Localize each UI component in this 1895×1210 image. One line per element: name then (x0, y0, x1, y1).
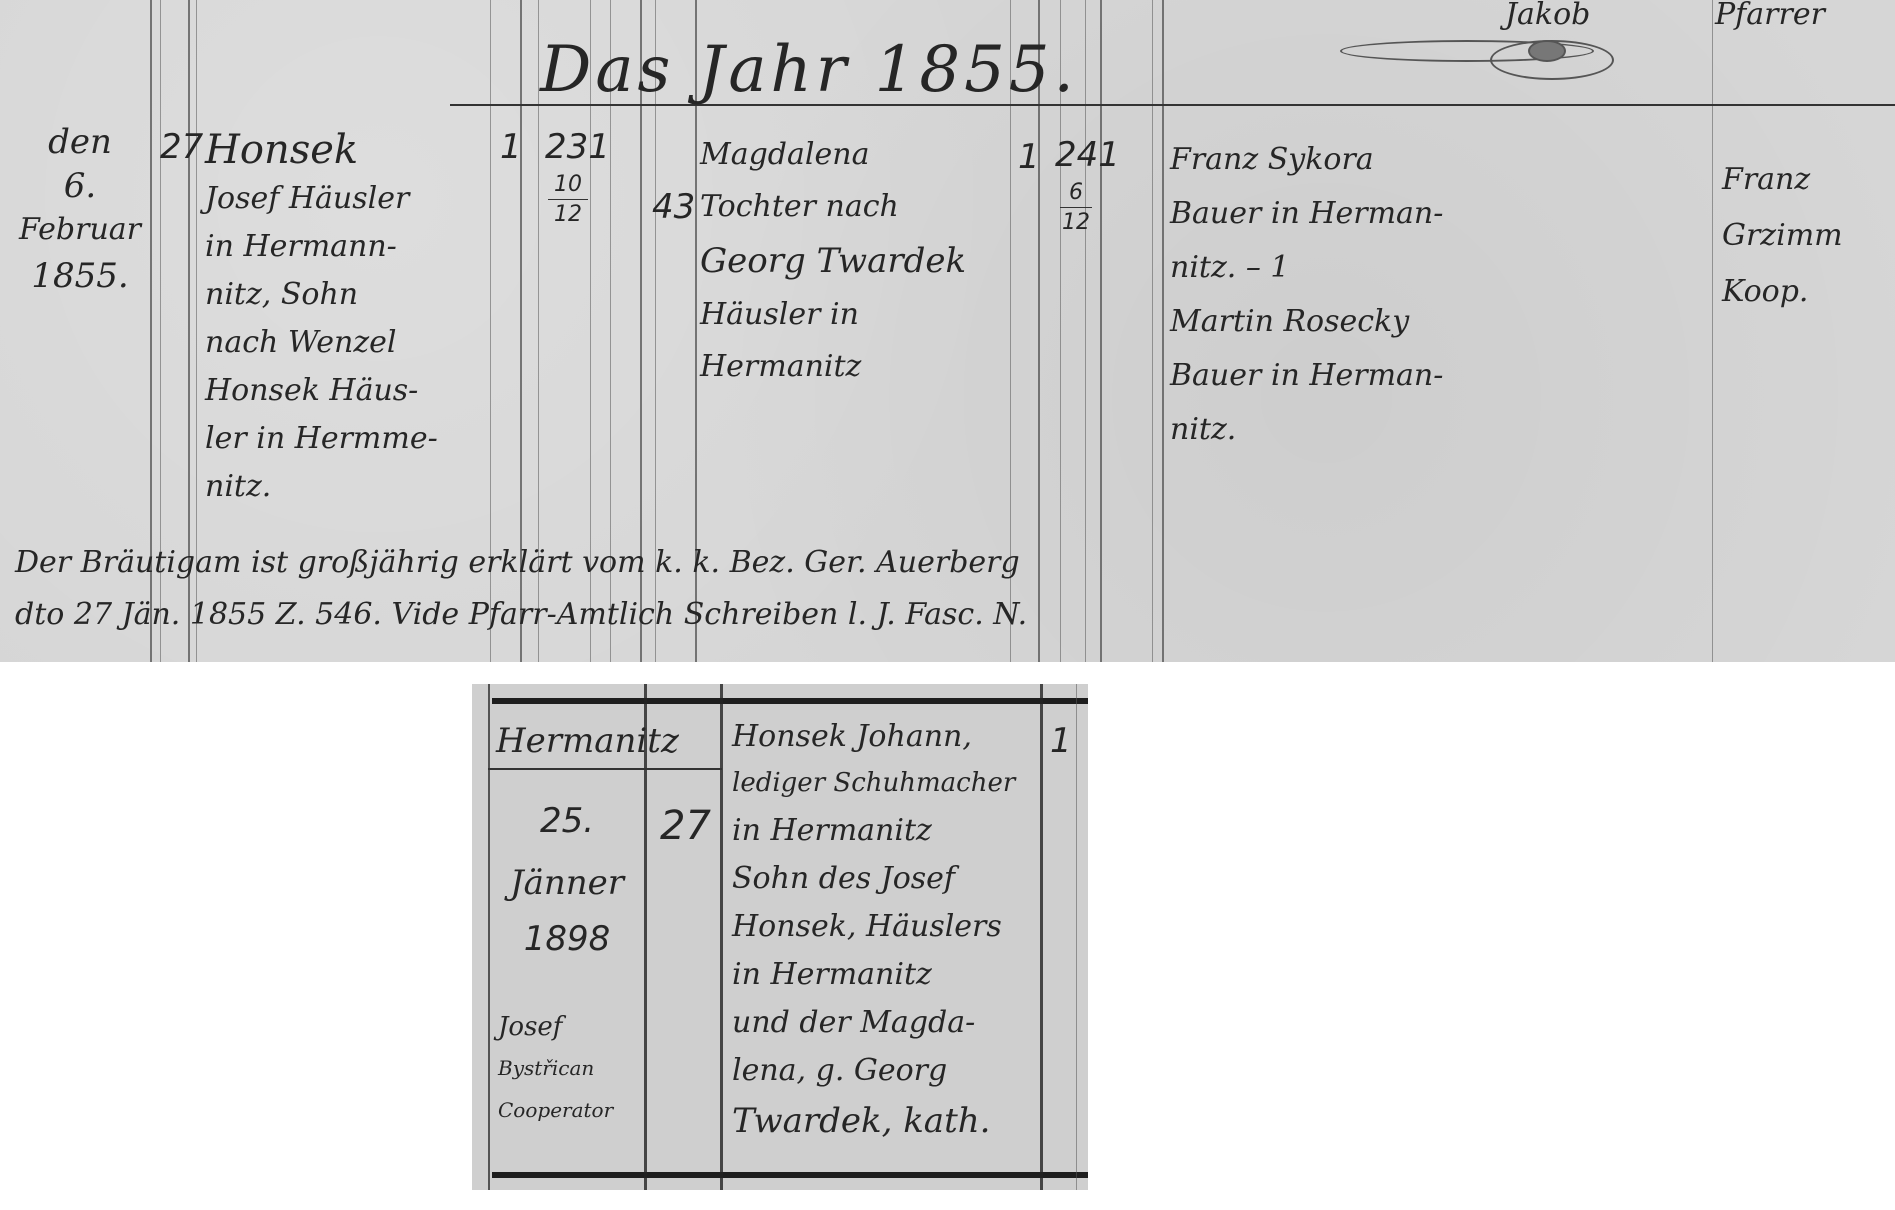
column-rule (1100, 0, 1102, 662)
header-underline (488, 768, 722, 770)
deceased-entry: Honsek Johann, lediger Schuhmacher in He… (732, 722, 1015, 1138)
groom-entry: Honsek Josef Häusler in Hermann- nitz, S… (205, 130, 438, 502)
column-rule (1152, 0, 1153, 662)
column-rule (720, 684, 723, 1190)
page-title: Das Jahr 1855. (540, 38, 1078, 102)
bride-age-fraction: 6 12 (1060, 180, 1092, 235)
column-rule (1162, 0, 1164, 662)
count-column: 1 (1050, 724, 1072, 758)
death-date: 25. Jänner 1898 (490, 804, 644, 956)
footnote-line-1: Der Bräutigam ist großjährig erklärt vom… (15, 548, 1020, 578)
groom-age-fraction: 10 12 (548, 172, 588, 227)
marriage-register-1855: Das Jahr 1855. Jakob Pfarrer den 6. Febr… (0, 0, 1895, 662)
column-rule (1076, 684, 1077, 1190)
bride-entry: Magdalena Tochter nach Georg Twardek Häu… (700, 140, 966, 382)
place-header: Hermanitz (496, 724, 679, 758)
officiant-entry: Franz Grzimm Koop. (1722, 165, 1843, 307)
top-rule (492, 698, 1088, 704)
bride-age-whole: 241 (1055, 138, 1120, 172)
bottom-rule (492, 1172, 1088, 1178)
signature: Jakob (1505, 0, 1590, 30)
signature-seal (1528, 40, 1566, 62)
column-rule (1712, 0, 1713, 662)
bride-religion-count: 1 (1018, 140, 1040, 174)
register-excerpt-1898: Hermanitz 25. Jänner 1898 Josef Bystřica… (472, 684, 1088, 1190)
column-rule (1040, 684, 1043, 1190)
marriage-date: den 6. Februar 1855. (10, 125, 150, 293)
groom-age-whole: 231 (545, 130, 610, 164)
groom-religion-count: 1 (500, 130, 522, 164)
groom-surname: Honsek (205, 130, 438, 170)
footnote-line-2: dto 27 Jän. 1855 Z. 546. Vide Pfarr-Amtl… (15, 600, 1027, 630)
column-label-pfarrer: Pfarrer (1715, 0, 1825, 30)
bride-house-number: 43 (652, 190, 695, 224)
house-number: 27 (160, 130, 203, 164)
column-rule (1085, 0, 1086, 662)
witnesses-entry: Franz Sykora Bauer in Herman- nitz. – 1 … (1170, 145, 1443, 445)
officiant-entry: Josef Bystřican Cooperator (498, 1014, 613, 1120)
house-number: 27 (660, 806, 711, 846)
